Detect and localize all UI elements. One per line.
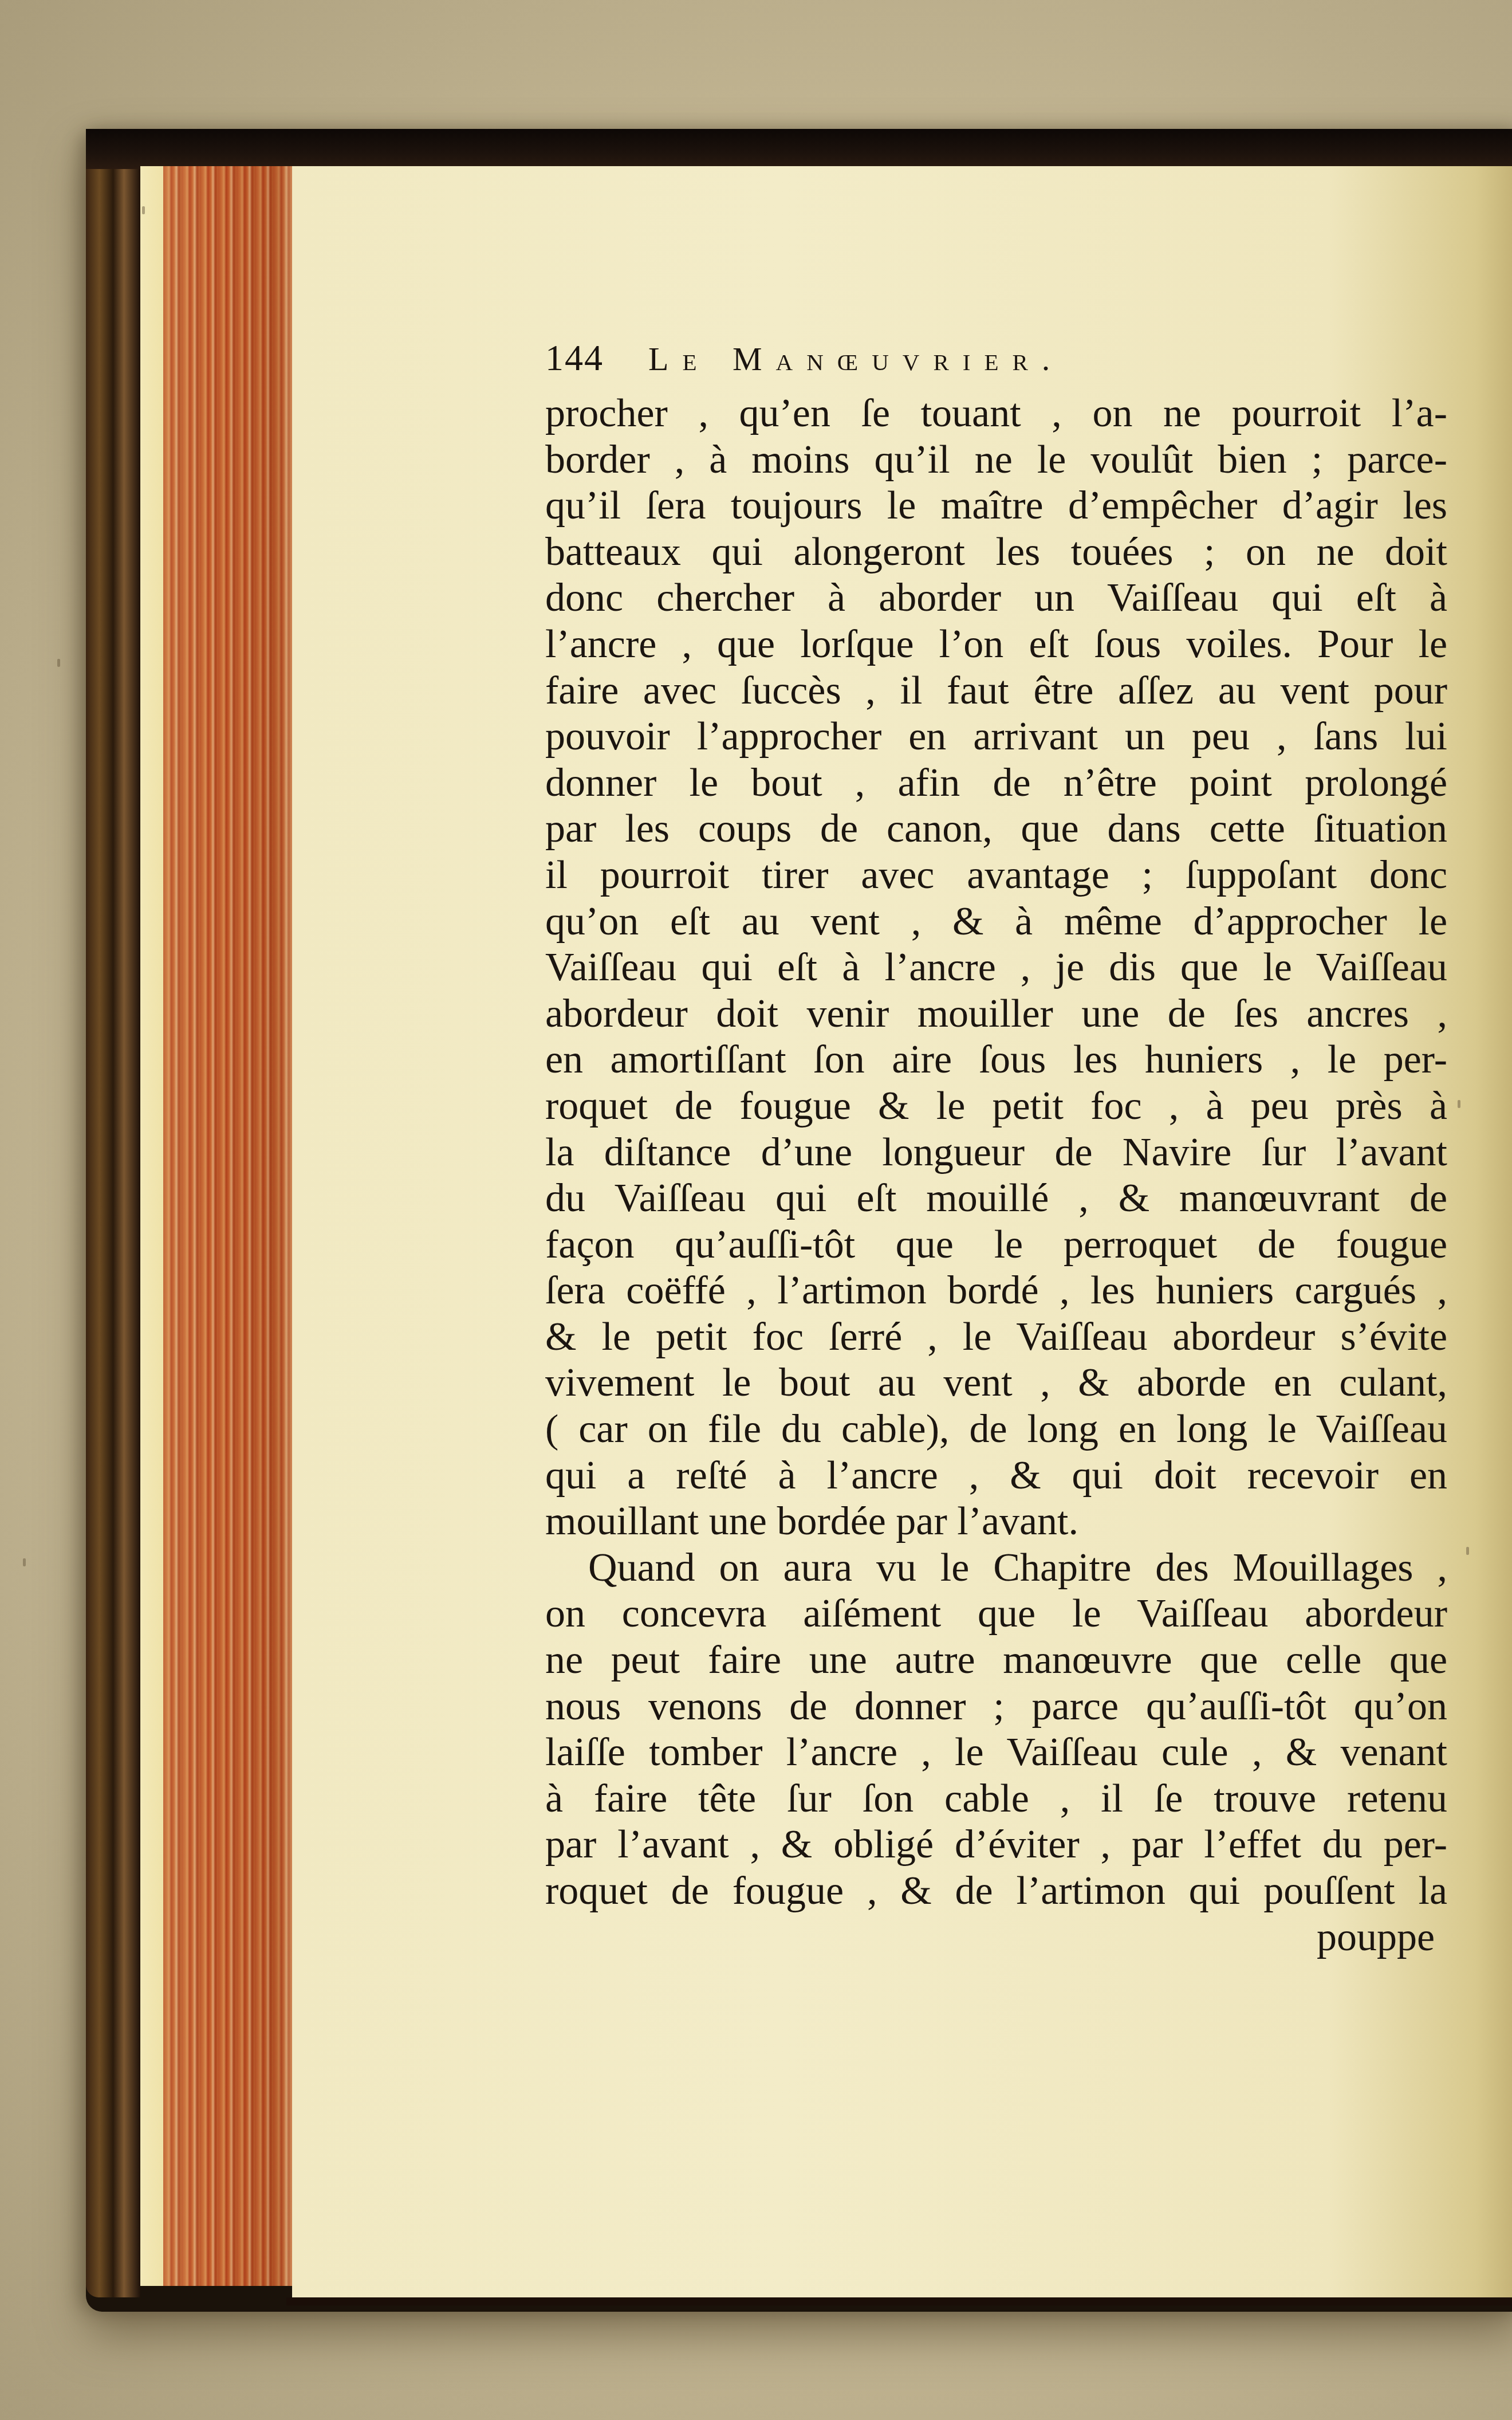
text-line: par l’avant , & obligé d’éviter , par l’… [545, 1822, 1447, 1868]
text-line: procher , qu’en ſe touant , on ne pourro… [545, 391, 1447, 437]
text-line: ( car on file du cable), de long en long… [545, 1407, 1447, 1453]
text-line: en amortiſſant ſon aire ſous les huniers… [545, 1037, 1447, 1083]
text-line: qu’on eſt au vent , & à même d’approcher… [545, 899, 1447, 945]
page-text-block: 144 Le Manœuvrier. procher , qu’en ſe to… [545, 337, 1447, 1961]
paragraph-end-line: mouillant une bordée par l’avant. [545, 1499, 1447, 1545]
sprinkled-page-edges [163, 166, 292, 2286]
text-line: ne peut faire une autre manœuvre que cel… [545, 1637, 1447, 1684]
book-top-board-edge [86, 129, 1512, 169]
page-number: 144 [545, 337, 648, 379]
text-line: qu’il ſera toujours le maître d’empêcher… [545, 483, 1447, 529]
book-bottom-board-edge [286, 2297, 1512, 2305]
text-line: par les coups de canon, que dans cette ſ… [545, 806, 1447, 852]
text-line: roquet de fougue & le petit foc , à peu … [545, 1083, 1447, 1130]
text-line: il pourroit tirer avec avantage ; ſuppoſ… [545, 852, 1447, 899]
text-line: & le petit foc ſerré , le Vaiſſeau abord… [545, 1314, 1447, 1361]
text-line: roquet de fougue , & de l’artimon qui po… [545, 1868, 1447, 1915]
text-line: façon qu’auſſi-tôt que le perroquet de f… [545, 1222, 1447, 1268]
text-line: qui a reſté à l’ancre , & qui doit recev… [545, 1453, 1447, 1499]
text-line: pouvoir l’approcher en arrivant un peu ,… [545, 714, 1447, 760]
inner-lining [140, 166, 163, 2286]
text-line: vivement le bout au vent , & aborde en c… [545, 1360, 1447, 1407]
paragraph-start-line: Quand on aura vu le Chapitre des Mouilla… [545, 1545, 1447, 1592]
catchword: pouppe [545, 1915, 1447, 1961]
page-header: 144 Le Manœuvrier. [545, 337, 1447, 387]
text-line: nous venons de donner ; parce qu’auſſi-t… [545, 1684, 1447, 1730]
text-line: laiſſe tomber l’ancre , le Vaiſſeau cule… [545, 1730, 1447, 1776]
text-line: l’ancre , que lorſque l’on eſt ſous voil… [545, 622, 1447, 668]
text-line: du Vaiſſeau qui eſt mouillé , & manœuvra… [545, 1176, 1447, 1222]
running-title: Le Manœuvrier. [648, 340, 1064, 378]
text-line: on concevra aiſément que le Vaiſſeau abo… [545, 1591, 1447, 1637]
text-line: abordeur doit venir mouiller une de ſes … [545, 991, 1447, 1038]
text-line: donc chercher à aborder un Vaiſſeau qui … [545, 575, 1447, 622]
text-line: batteaux qui alongeront les touées ; on … [545, 529, 1447, 576]
text-line: la diſtance d’une longueur de Navire ſur… [545, 1130, 1447, 1176]
text-line: donner le bout , afin de n’être point pr… [545, 760, 1447, 807]
text-line: border , à moins qu’il ne le voulût bien… [545, 437, 1447, 484]
book-spine-edge [86, 137, 140, 2297]
text-line: ſera coëffé , l’artimon bordé , les huni… [545, 1268, 1447, 1314]
text-line: à faire tête ſur ſon cable , il ſe trouv… [545, 1776, 1447, 1822]
text-line: Vaiſſeau qui eſt à l’ancre , je dis que … [545, 945, 1447, 991]
body-text: procher , qu’en ſe touant , on ne pourro… [545, 391, 1447, 1915]
text-line: faire avec ſuccès , il faut être aſſez a… [545, 668, 1447, 714]
